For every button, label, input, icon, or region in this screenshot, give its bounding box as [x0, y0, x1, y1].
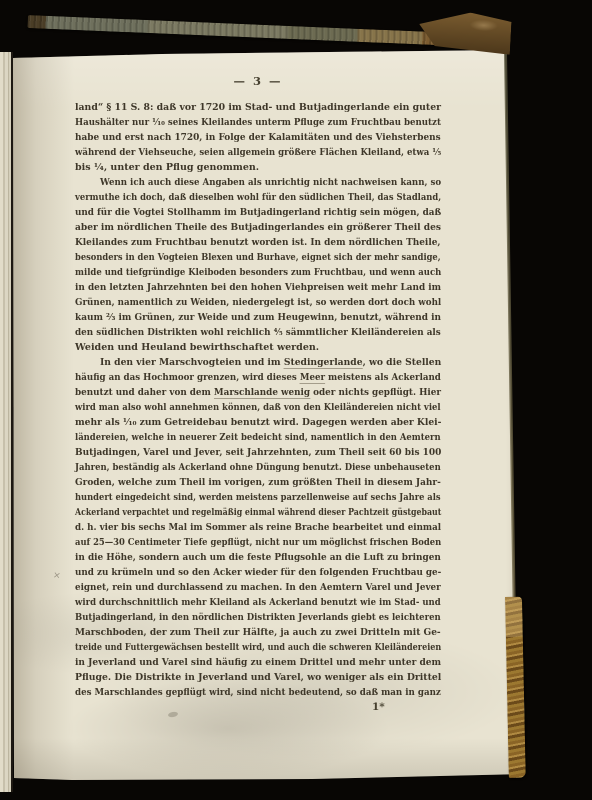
text-line: bis ¹⁄₄, unter den Pflug genommen. — [75, 160, 441, 175]
text-line: in den letzten Jahrzehnten bei den hohen… — [75, 280, 441, 295]
text-line: wird durchschnittlich mehr Kleiland als … — [75, 595, 441, 610]
text-line: Haushälter nur ¹⁄₁₀ seines Kleilandes un… — [75, 115, 441, 130]
text-line: kaum ²⁄₃ im Grünen, zur Weide und zum He… — [75, 310, 441, 325]
text-line: benutzt und daher von dem Marschlande we… — [75, 385, 441, 400]
text-line: habe und erst nach 1720, in Folge der Ka… — [75, 130, 441, 145]
text-line: auf 25—30 Centimeter Tiefe gepflügt, nic… — [75, 535, 441, 550]
text-line: Marschboden, der zum Theil zur Hälfte, j… — [75, 625, 441, 640]
text-line: mehr als ¹⁄₁₀ zum Getreidebau benutzt wi… — [75, 415, 441, 430]
text-line: Pfluge. Die Distrikte in Jeverland und V… — [75, 670, 441, 685]
text-line: Ackerland verpachtet und regelmäßig einm… — [75, 505, 441, 520]
text-line: land“ § 11 S. 8: daß vor 1720 im Stad- u… — [75, 100, 441, 115]
text-line: aber im nördlichen Theile des Butjadinge… — [75, 220, 441, 235]
text-line: In den vier Marschvogteien und im Stedin… — [75, 355, 441, 370]
marbled-book-edge — [505, 597, 526, 778]
book-cover-corner — [418, 10, 512, 55]
text-block: land“ § 11 S. 8: daß vor 1720 im Stad- u… — [75, 100, 441, 700]
text-line: Butjadingerland, in den nördlichen Distr… — [75, 610, 441, 625]
text-line: Grünen, namentlich zu Weiden, niedergele… — [75, 295, 441, 310]
text-line: eignet, rein und durchlassend zu machen.… — [75, 580, 441, 595]
photo-background: — 3 — land“ § 11 S. 8: daß vor 1720 im S… — [0, 0, 592, 800]
text-line: Groden, welche zum Theil im vorigen, zum… — [75, 475, 441, 490]
text-line: Kleilandes zum Fruchtbau benutzt worden … — [75, 235, 441, 250]
signature-mark: 1* — [372, 701, 385, 713]
text-line: in die Höhe, sondern auch um die feste P… — [75, 550, 441, 565]
text-line: Jahren, beständig als Ackerland ohne Dün… — [75, 460, 441, 475]
text-line: während der Viehseuche, seien allgemein … — [75, 145, 441, 160]
text-line: ländereien, welche in neuerer Zeit bedei… — [75, 430, 441, 445]
text-line: treide und Futtergewächsen bestellt wird… — [75, 640, 441, 655]
text-line: d. h. vier bis sechs Mal im Sommer als r… — [75, 520, 441, 535]
pencil-mark: × — [52, 571, 61, 582]
text-line: den südlichen Distrikten wohl reichlich … — [75, 325, 441, 340]
text-line: Wenn ich auch diese Angaben als unrichti… — [75, 175, 441, 190]
text-line: vermuthe ich doch, daß dieselben wohl fü… — [75, 190, 441, 205]
page-number: — 3 — — [75, 74, 441, 89]
text-line: milde und tiefgründige Kleiboden besonde… — [75, 265, 441, 280]
text-line: wird man also wohl annehmen können, daß … — [75, 400, 441, 415]
text-line: besonders in den Vogteien Blexen und Bur… — [75, 250, 441, 265]
text-line: in Jeverland und Varel sind häufig zu ei… — [75, 655, 441, 670]
facing-page-edge — [0, 52, 13, 792]
text-line: des Marschlandes gepflügt wird, sind nic… — [75, 685, 441, 700]
text-line: Weiden und Heuland bewirthschaftet werde… — [75, 340, 441, 355]
text-line: häufig an das Hochmoor grenzen, wird die… — [75, 370, 441, 385]
text-line: hundert eingedeicht sind, werden meisten… — [75, 490, 441, 505]
text-line: und für die Vogtei Stollhamm im Butjadin… — [75, 205, 441, 220]
text-line: Butjadingen, Varel und Jever, seit Jahrz… — [75, 445, 441, 460]
text-line: und zu krümeln und so den Acker wieder f… — [75, 565, 441, 580]
